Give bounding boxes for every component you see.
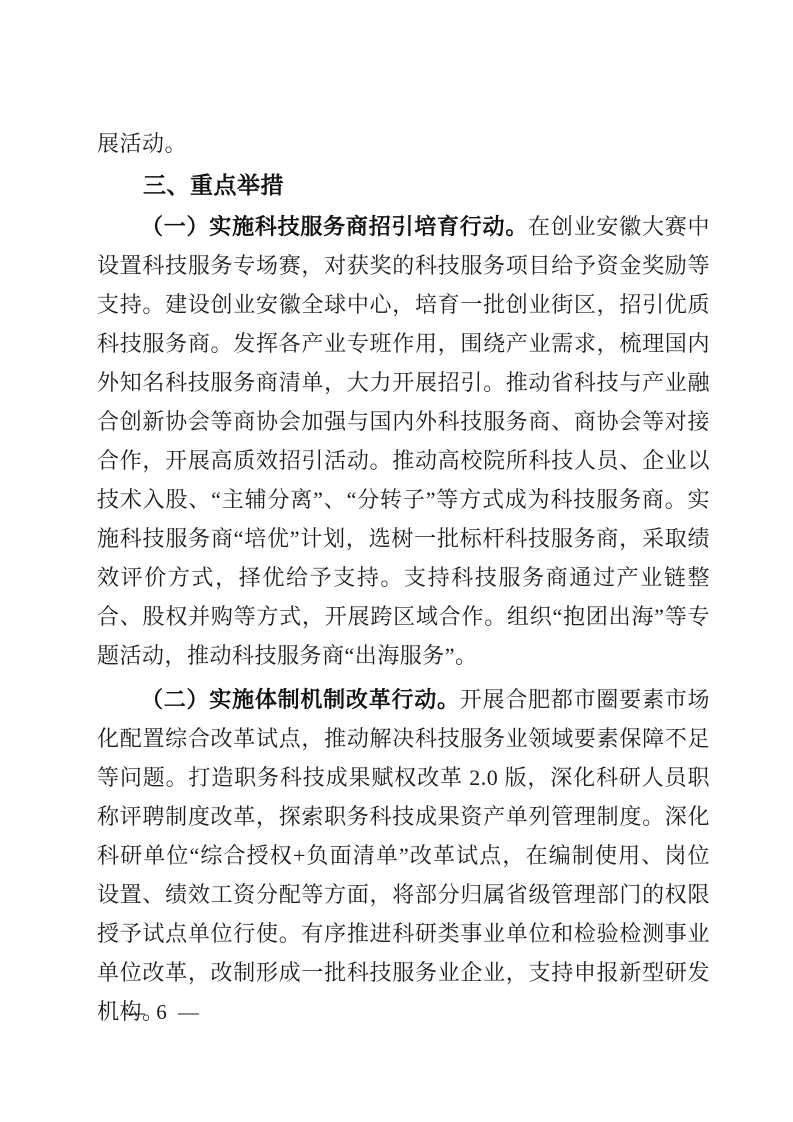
section-heading: 三、重点举措 (97, 166, 710, 205)
paragraph-1: （一）实施科技服务商招引培育行动。在创业安徽大赛中设置科技服务专场赛，对获奖的科… (97, 207, 710, 675)
paragraph-2-text: 开展合肥都市圈要素市场化配置综合改革试点，推动解决科技服务业领域要素保障不足等问… (97, 687, 710, 1024)
document-page: 展活动。 三、重点举措 （一）实施科技服务商招引培育行动。在创业安徽大赛中设置科… (0, 0, 793, 1122)
paragraph-1-lead: （一）实施科技服务商招引培育行动。 (141, 214, 528, 239)
paragraph-2-lead: （二）实施体制机制改革行动。 (141, 687, 460, 712)
page-number: — 6 — (124, 1000, 202, 1025)
paragraph-2: （二）实施体制机制改革行动。开展合肥都市圈要素市场化配置综合改革试点，推动解决科… (97, 680, 710, 1031)
continuation-line: 展活动。 (97, 124, 710, 163)
paragraph-1-text: 在创业安徽大赛中设置科技服务专场赛，对获奖的科技服务项目给予资金奖励等支持。建设… (97, 214, 710, 668)
document-body: 展活动。 三、重点举措 （一）实施科技服务商招引培育行动。在创业安徽大赛中设置科… (97, 124, 710, 1031)
